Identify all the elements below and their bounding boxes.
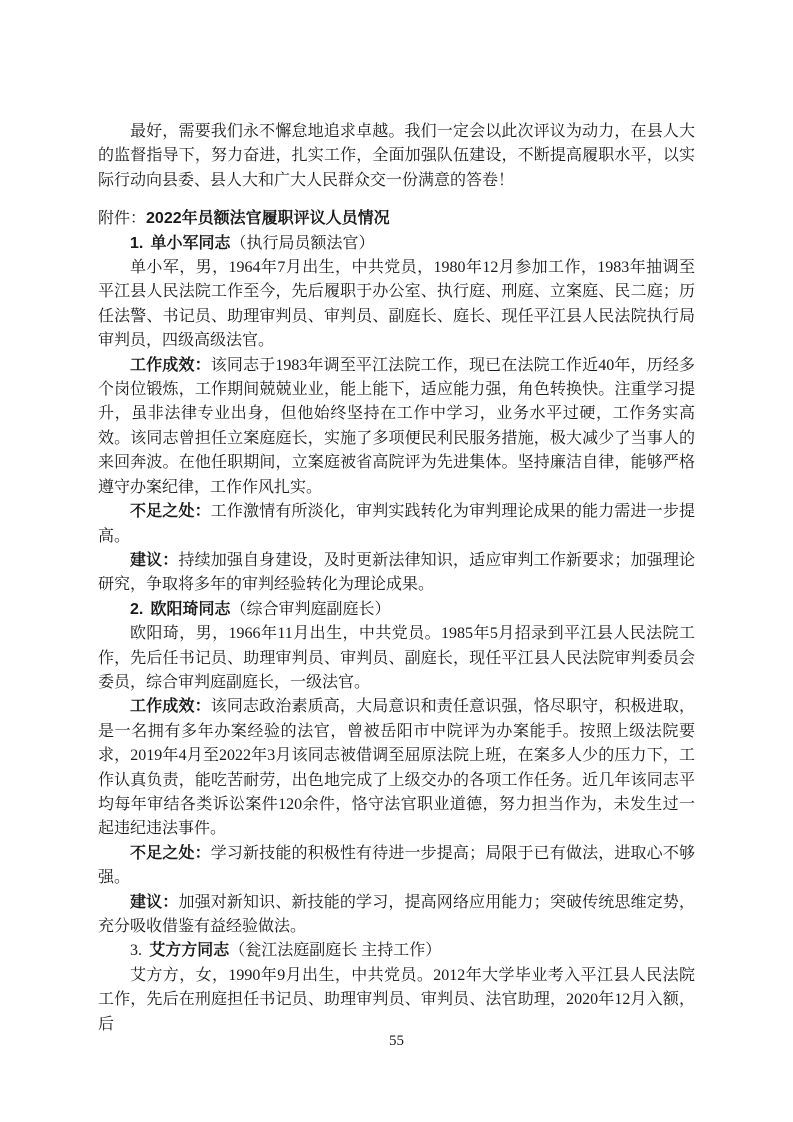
section-label: 不足之处：: [130, 845, 211, 862]
judge-section-suggestions: 建议：持续加强自身建设，及时更新法律知识，适应审判工作新要求；加强理论研究，争取…: [98, 549, 695, 598]
judge-section-achievements: 工作成效：该同志政治素质高，大局意识和责任意识强，恪尽职守，积极进取，是一名拥有…: [98, 695, 695, 841]
judge-entry: 1.单小军同志（执行局员额法官） 单小军，男，1964年7月出生，中共党员，19…: [98, 232, 695, 598]
attachment-title: 2022年员额法官履职评议人员情况: [146, 210, 390, 227]
judge-name: 单小军同志: [151, 235, 231, 252]
judge-section-shortcomings: 不足之处：工作激情有所淡化，审判实践转化为审判理论成果的能力需进一步提高。: [98, 500, 695, 549]
judge-name: 艾方方同志: [149, 942, 229, 959]
judge-index: 2.: [130, 601, 143, 618]
section-text: 持续加强自身建设，及时更新法律知识，适应审判工作新要求；加强理论研究，争取将多年…: [98, 552, 695, 593]
judge-heading: 1.单小军同志（执行局员额法官）: [98, 232, 695, 256]
closing-paragraph: 最好，需要我们永不懈怠地追求卓越。我们一定会以此次评议为动力，在县人大的监督指导…: [98, 120, 695, 193]
judge-index: 3.: [130, 942, 142, 959]
judge-bio: 欧阳琦，男，1966年11月出生，中共党员。1985年5月招录到平江县人民法院工…: [98, 622, 695, 695]
section-label: 建议：: [130, 894, 178, 911]
judge-bio: 艾方方，女，1990年9月出生，中共党员。2012年大学毕业考入平江县人民法院工…: [98, 964, 695, 1037]
judge-entry: 2.欧阳琦同志（综合审判庭副庭长） 欧阳琦，男，1966年11月出生，中共党员。…: [98, 598, 695, 940]
judge-heading: 3.艾方方同志（瓮江法庭副庭长 主持工作）: [98, 939, 695, 963]
page-number: 55: [0, 1033, 793, 1050]
judge-section-shortcomings: 不足之处：学习新技能的积极性有待进一步提高；局限于已有做法，进取心不够强。: [98, 842, 695, 891]
judge-entry: 3.艾方方同志（瓮江法庭副庭长 主持工作） 艾方方，女，1990年9月出生，中共…: [98, 939, 695, 1037]
attachment-heading: 附件：2022年员额法官履职评议人员情况: [98, 207, 695, 231]
section-label: 工作成效：: [130, 357, 211, 374]
judge-role: （综合审判庭副庭长）: [231, 601, 391, 618]
judge-bio: 单小军，男，1964年7月出生，中共党员，1980年12月参加工作，1983年抽…: [98, 256, 695, 354]
section-label: 不足之处：: [130, 503, 211, 520]
judge-section-suggestions: 建议：加强对新知识、新技能的学习，提高网络应用能力；突破传统思维定势，充分吸收借…: [98, 891, 695, 940]
judge-name: 欧阳琦同志: [151, 601, 231, 618]
section-text: 该同志于1983年调至平江法院工作，现已在法院工作近40年，历经多个岗位锻炼，工…: [98, 357, 695, 496]
section-text: 该同志政治素质高，大局意识和责任意识强，恪尽职守，积极进取，是一名拥有多年办案经…: [98, 698, 695, 837]
attachment-label: 附件：: [98, 210, 146, 227]
judge-role: （执行局员额法官）: [231, 235, 375, 252]
judge-heading: 2.欧阳琦同志（综合审判庭副庭长）: [98, 598, 695, 622]
judge-role: （瓮江法庭副庭长 主持工作）: [229, 942, 441, 959]
document-page: 最好，需要我们永不懈怠地追求卓越。我们一定会以此次评议为动力，在县人大的监督指导…: [0, 0, 793, 1122]
section-label: 工作成效：: [130, 698, 211, 715]
judge-index: 1.: [130, 235, 143, 252]
section-label: 建议：: [130, 552, 178, 569]
judge-section-achievements: 工作成效：该同志于1983年调至平江法院工作，现已在法院工作近40年，历经多个岗…: [98, 354, 695, 500]
document-body: 最好，需要我们永不懈怠地追求卓越。我们一定会以此次评议为动力，在县人大的监督指导…: [98, 120, 695, 1037]
section-text: 加强对新知识、新技能的学习，提高网络应用能力；突破传统思维定势，充分吸收借鉴有益…: [98, 894, 695, 935]
